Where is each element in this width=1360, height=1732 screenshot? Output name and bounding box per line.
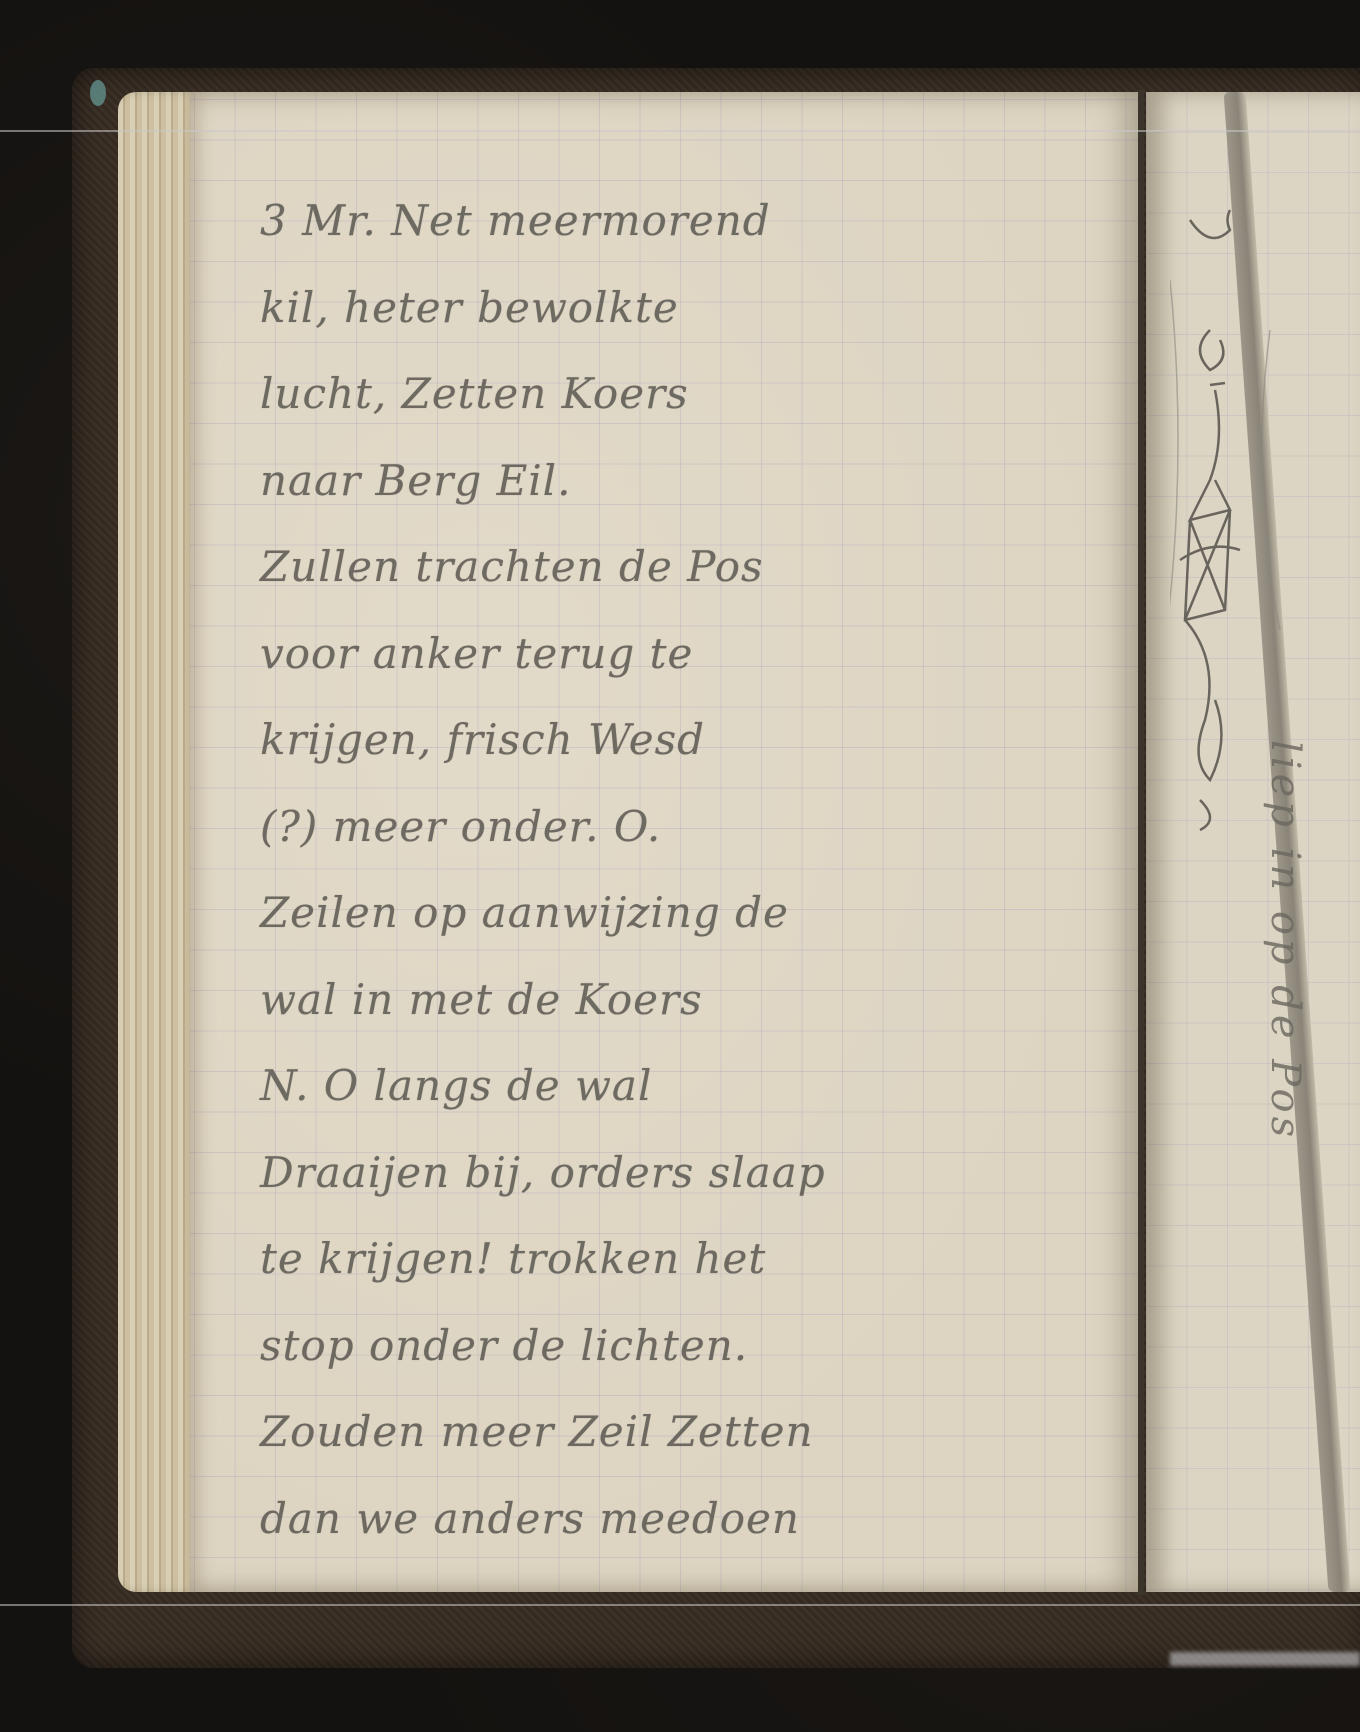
protective-sleeve-edge bbox=[0, 1604, 1360, 1606]
text-line: Zullen trachten de Pos bbox=[260, 524, 1120, 611]
text-line: Zeilen op aanwijzing de bbox=[260, 870, 1120, 957]
text-line: naar Berg Eil. bbox=[260, 438, 1120, 525]
vertical-note: liep in op de Pos bbox=[1262, 740, 1308, 1141]
protective-sleeve-edge bbox=[0, 130, 1360, 132]
text-line: voor anker terug te bbox=[260, 611, 1120, 698]
text-line: N. O langs de wal bbox=[260, 1043, 1120, 1130]
text-line: dan we anders meedoen bbox=[260, 1476, 1120, 1563]
handwritten-text: 3 Mr. Net meermorend kil, heter bewolkte… bbox=[260, 178, 1120, 1562]
text-line: kil, heter bewolkte bbox=[260, 265, 1120, 352]
text-line: 3 Mr. Net meermorend bbox=[260, 178, 1120, 265]
clasp-stud bbox=[90, 80, 106, 106]
paper-fragment bbox=[1170, 1652, 1360, 1666]
text-line: (?) meer onder. O. bbox=[260, 784, 1120, 871]
text-line: Zouden meer Zeil Zetten bbox=[260, 1389, 1120, 1476]
text-line: stop onder de lichten. bbox=[260, 1303, 1120, 1390]
binding-gutter bbox=[1138, 90, 1144, 1595]
text-line: wal in met de Koers bbox=[260, 957, 1120, 1044]
text-line: lucht, Zetten Koers bbox=[260, 351, 1120, 438]
text-line: Draaijen bij, orders slaap bbox=[260, 1130, 1120, 1217]
text-line: krijgen, frisch Wesd bbox=[260, 697, 1120, 784]
page-edges bbox=[118, 92, 198, 1592]
text-line: te krijgen! trokken het bbox=[260, 1216, 1120, 1303]
